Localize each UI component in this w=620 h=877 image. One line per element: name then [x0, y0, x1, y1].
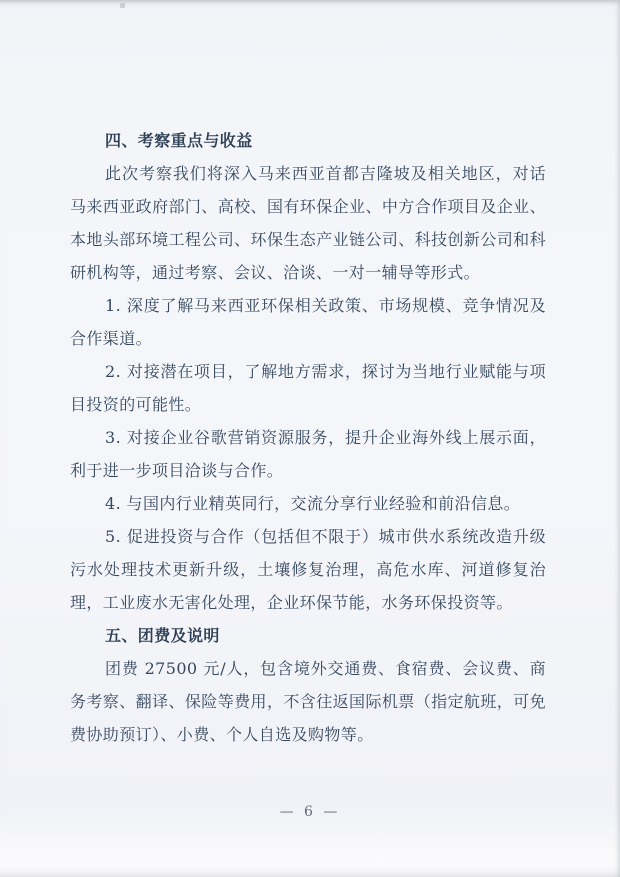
fee-paragraph: 团费 27500 元/人，包含境外交通费、食宿费、会议费、商务考察、翻译、保险等…	[70, 652, 546, 751]
benefit-item-5: 5. 促进投资与合作（包括但不限于）城市供水系统改造升级污水处理技术更新升级，土…	[70, 520, 546, 619]
section-heading-5: 五、团费及说明	[70, 619, 546, 652]
intro-paragraph: 此次考察我们将深入马来西亚首都吉隆坡及相关地区，对话马来西亚政府部门、高校、国有…	[70, 157, 546, 289]
benefit-item-1: 1. 深度了解马来西亚环保相关政策、市场规模、竞争情况及合作渠道。	[70, 289, 546, 355]
section-heading-4: 四、考察重点与收益	[70, 124, 546, 157]
benefit-item-4: 4. 与国内行业精英同行，交流分享行业经验和前沿信息。	[70, 487, 546, 520]
scan-artifact-speck	[120, 3, 125, 8]
benefit-item-2: 2. 对接潜在项目，了解地方需求，探讨为当地行业赋能与项目投资的可能性。	[70, 355, 546, 421]
benefit-item-3: 3. 对接企业谷歌营销资源服务，提升企业海外线上展示面，利于进一步项目洽谈与合作…	[70, 421, 546, 487]
scanned-page: 四、考察重点与收益 此次考察我们将深入马来西亚首都吉隆坡及相关地区，对话马来西亚…	[0, 0, 620, 877]
page-number: — 6 —	[0, 804, 620, 820]
document-body: 四、考察重点与收益 此次考察我们将深入马来西亚首都吉隆坡及相关地区，对话马来西亚…	[70, 124, 546, 751]
